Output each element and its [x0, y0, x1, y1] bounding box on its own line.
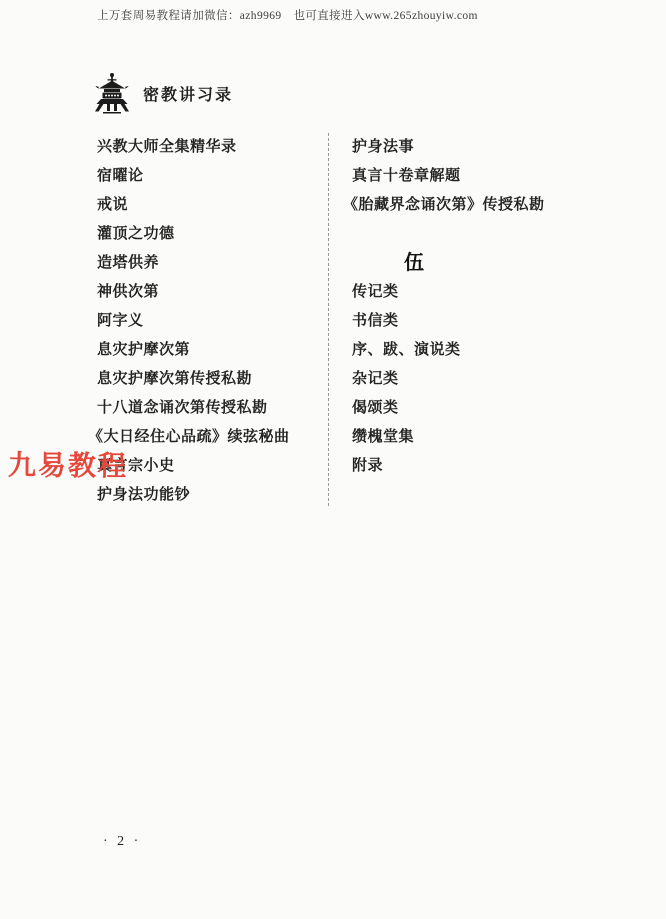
toc-item: 缵槐堂集 [352, 423, 564, 452]
toc-item: 造塔供养 [97, 249, 322, 278]
toc-right-bottom-group: 传记类书信类序、跋、演说类杂记类偈颂类缵槐堂集附录 [352, 278, 564, 481]
watermark-text: 九易教程 [8, 443, 128, 484]
toc-item: 序、跋、演说类 [352, 336, 564, 365]
toc-item: 传记类 [352, 278, 564, 307]
toc-item: 兴教大师全集精华录 [97, 133, 322, 162]
toc-right-top-group: 护身法事真言十卷章解题《胎藏界念诵次第》传授私勘 [352, 133, 564, 220]
toc-item: 护身法事 [352, 133, 564, 162]
toc-item: 真言十卷章解题 [352, 162, 564, 191]
toc-item: 偈颂类 [352, 394, 564, 423]
promo-header-text: 上万套周易教程请加微信：azh9969 也可直接进入www.265zhouyiw… [97, 7, 478, 23]
toc-item: 真言宗小史 [97, 452, 322, 481]
column-divider [328, 133, 329, 506]
toc-item: 杂记类 [352, 365, 564, 394]
toc-item: 戒说 [97, 191, 322, 220]
toc-item: 息灾护摩次第传授私勘 [97, 365, 322, 394]
book-title: 密教讲习录 [143, 82, 233, 105]
toc-item: 十八道念诵次第传授私勘 [97, 394, 322, 423]
toc-left-column: 兴教大师全集精华录宿曜论戒说灌顶之功德造塔供养神供次第阿字义息灾护摩次第息灾护摩… [97, 133, 322, 510]
toc-item: 附录 [352, 452, 564, 481]
page-number: · 2 · [103, 834, 141, 850]
toc-item: 《胎藏界念诵次第》传授私勘 [343, 191, 564, 220]
toc-item: 宿曜论 [97, 162, 322, 191]
toc-item: 息灾护摩次第 [97, 336, 322, 365]
toc-item: 灌顶之功德 [97, 220, 322, 249]
book-header: 密教讲习录 [94, 72, 233, 115]
section-header: 伍 [352, 249, 564, 278]
toc-right-column: 护身法事真言十卷章解题《胎藏界念诵次第》传授私勘 伍 传记类书信类序、跋、演说类… [352, 133, 564, 481]
toc-item: 护身法功能钞 [97, 481, 322, 510]
toc-item: 书信类 [352, 307, 564, 336]
scanned-book-page: 上万套周易教程请加微信：azh9969 也可直接进入www.265zhouyiw… [0, 0, 666, 919]
pagoda-icon [94, 72, 130, 115]
toc-item: 神供次第 [97, 278, 322, 307]
toc-item: 阿字义 [97, 307, 322, 336]
